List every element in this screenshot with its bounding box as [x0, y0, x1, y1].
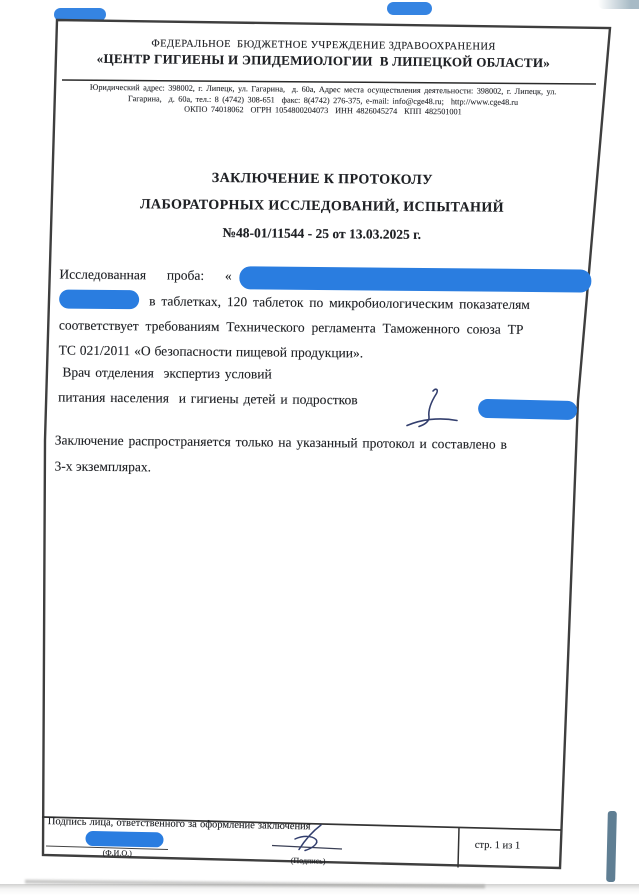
- redaction-sample-name-2: [59, 289, 139, 309]
- scanned-document-page: ФЕДЕРАЛЬНОЕ БЮДЖЕТНОЕ УЧРЕЖДЕНИЕ ЗДРАВОО…: [0, 0, 639, 895]
- body-paragraph1-line2: в таблетках, 120 таблеток по микробиолог…: [59, 292, 530, 313]
- body-paragraph1-line1: Исследованная проба: «: [59, 266, 592, 292]
- sample-description-text: в таблетках, 120 таблеток по микробиолог…: [149, 293, 530, 313]
- blue-ink-edge-mark: [606, 811, 617, 882]
- doctor-position-line1: Врач отделения экспертиз условий: [62, 365, 271, 383]
- protocol-number-and-date: №48-01/11544 - 25 от 13.03.2025 г.: [42, 223, 602, 244]
- conclusion-scope-line2: 3-х экземплярах.: [54, 458, 151, 475]
- redaction-clerk-name: [85, 831, 163, 848]
- conclusion-scope-line1: Заключение распространяется только на ук…: [55, 432, 507, 452]
- doctor-position-line2: питания населения и гигиены детей и подр…: [58, 389, 358, 408]
- sample-intro-text: Исследованная проба: «: [59, 266, 231, 284]
- redaction-doctor-name: [478, 399, 577, 420]
- redaction-sample-name: [240, 266, 592, 292]
- footer-signature-block: Подпись лица, ответственного за оформлен…: [41, 814, 566, 881]
- body-paragraph1-line3: соответствует требованиям Технического р…: [59, 317, 524, 337]
- footer-caption: Подпись лица, ответственного за оформлен…: [48, 816, 311, 832]
- page-number: стр. 1 из 1: [447, 839, 547, 852]
- document-content: ФЕДЕРАЛЬНОЕ БЮДЖЕТНОЕ УЧРЕЖДЕНИЕ ЗДРАВОО…: [0, 0, 639, 895]
- document-title-line1: ЗАКЛЮЧЕНИЕ К ПРОТОКОЛУ: [42, 169, 602, 190]
- scan-bottom-shadow: [0, 884, 639, 895]
- signature-label: (Подпись): [263, 855, 353, 866]
- org-name-line2: «ЦЕНТР ГИГИЕНЫ И ЭПИДЕМИОЛОГИИ В ЛИПЕЦКО…: [43, 50, 603, 71]
- body-paragraph1-line4: ТС 021/2011 «О безопасности пищевой прод…: [59, 342, 364, 361]
- document-title-line2: ЛАБОРАТОРНЫХ ИССЛЕДОВАНИЙ, ИСПЫТАНИЙ: [42, 196, 602, 217]
- fio-label: (Ф.И.О.): [71, 848, 163, 859]
